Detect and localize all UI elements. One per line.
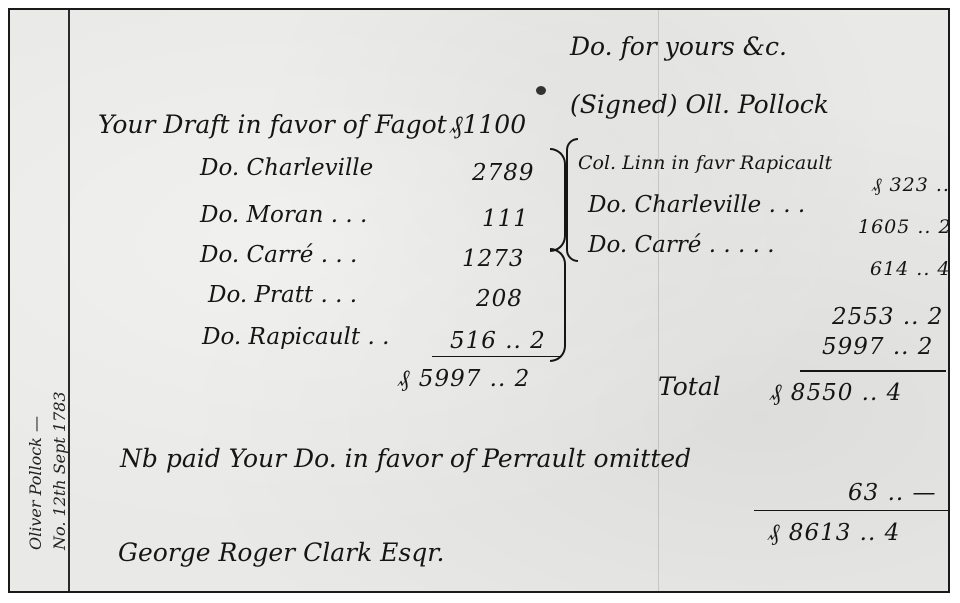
left-entry-amount: 1273 (462, 246, 525, 272)
right-entry-amount: ₰ 323 .. 4 (872, 174, 950, 197)
total-label: Total (658, 372, 721, 401)
brace-right-column (566, 138, 578, 262)
left-entry-label: Do. Charleville (200, 155, 373, 181)
left-heading-amount: ₰1100 (450, 110, 526, 140)
endorsement: Oliver Pollock — No. 12th Sept 1783 (24, 391, 72, 550)
right-entry-label: Col. Linn in favr Rapicault (578, 152, 832, 174)
document-photo: Oliver Pollock — No. 12th Sept 1783 Your… (8, 8, 950, 593)
left-entry-amount: 2789 (472, 160, 535, 186)
right-entry-amount: 614 .. 4 (870, 258, 950, 280)
brace-lower (550, 248, 566, 362)
total-rule (800, 370, 946, 372)
ink-blot (536, 86, 546, 95)
left-entry-label: Do. Rapicault . . (202, 324, 389, 350)
right-sum: 2553 .. 2 (832, 304, 943, 330)
addressee: George Roger Clark Esqr. (118, 538, 444, 567)
left-entry-amount: 208 (476, 286, 523, 312)
right-top-line: Do. for yours &c. (570, 32, 787, 61)
note-text: Nb paid Your Do. in favor of Perrault om… (120, 444, 691, 473)
endorsement-line-1: Oliver Pollock — (24, 391, 48, 550)
right-entry-amount: 1605 .. 2 (858, 216, 950, 238)
grand-total: ₰ 8613 .. 4 (768, 520, 900, 546)
left-entry-label: Do. Moran . . . (200, 202, 367, 228)
total-amount: ₰ 8550 .. 4 (770, 380, 902, 406)
signed-line: (Signed) Oll. Pollock (570, 90, 829, 119)
left-entry-label: Do. Carré . . . (200, 242, 357, 268)
left-entry-amount: 516 .. 2 (450, 328, 546, 354)
note-amount: 63 .. — (848, 480, 937, 506)
left-heading: Your Draft in favor of Fagot (98, 110, 447, 139)
right-entry-label: Do. Charleville . . . (588, 192, 805, 218)
carried-subtotal: 5997 .. 2 (822, 334, 933, 360)
brace-upper (550, 148, 566, 252)
grand-total-rule (754, 510, 950, 511)
right-entry-label: Do. Carré . . . . . (588, 232, 775, 258)
endorsement-line-2: No. 12th Sept 1783 (48, 391, 72, 550)
left-entry-label: Do. Pratt . . . (208, 282, 357, 308)
subtotal-rule (432, 356, 560, 357)
left-subtotal: ₰ 5997 .. 2 (398, 366, 530, 392)
left-entry-amount: 111 (482, 206, 529, 232)
